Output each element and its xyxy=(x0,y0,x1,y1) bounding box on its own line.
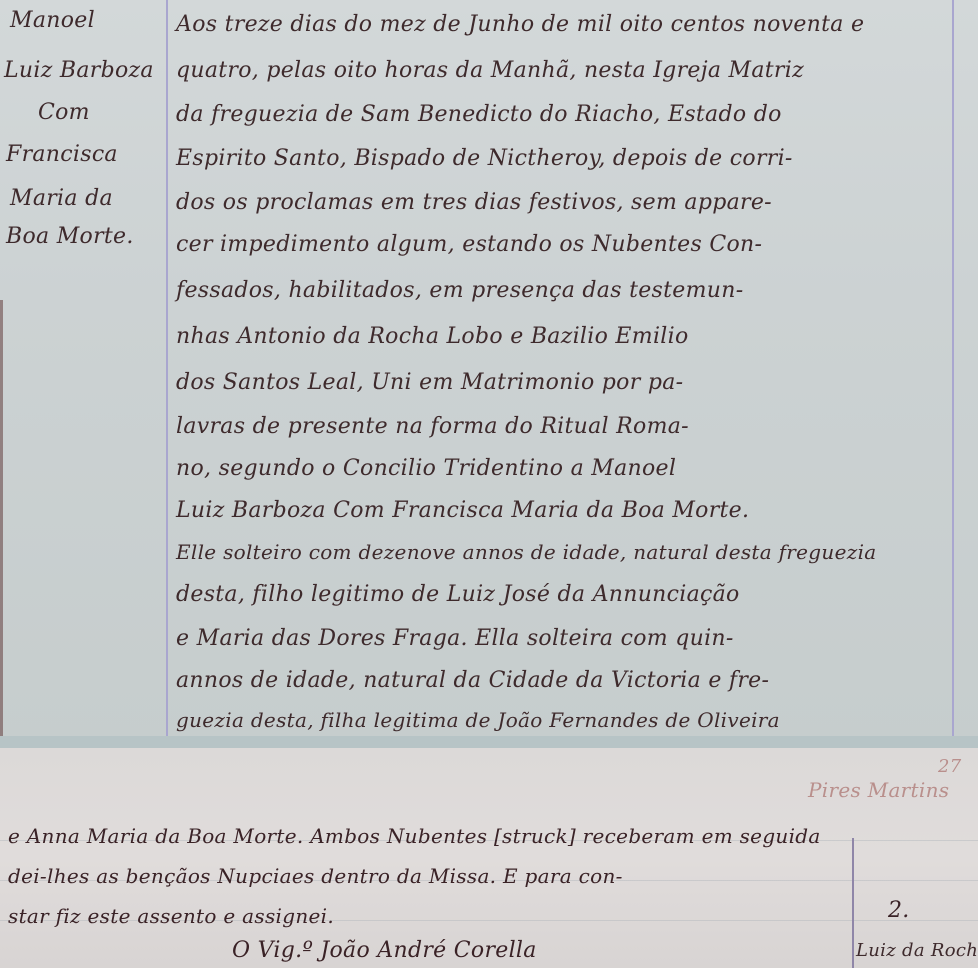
right-margin-name: Luiz da Rocha xyxy=(856,940,978,961)
register-page-bottom: 27 Pires Martins e Anna Maria da Boa Mor… xyxy=(0,748,978,968)
signature: O Vig.º João André Corella xyxy=(232,938,537,963)
body-line: no, segundo o Concilio Tridentino a Mano… xyxy=(176,456,676,481)
margin-line: Maria da xyxy=(10,186,113,211)
body-line: annos de idade, natural da Cidade da Vic… xyxy=(176,668,769,693)
margin-line: Boa Morte. xyxy=(6,224,134,249)
page-annotation-number: 27 xyxy=(938,756,962,777)
body-line: cer impedimento algum, estando os Nubent… xyxy=(176,232,762,257)
body-line: nhas Antonio da Rocha Lobo e Bazilio Emi… xyxy=(176,324,689,349)
register-page-top: Manoel Luiz Barboza Com Francisca Maria … xyxy=(0,0,978,748)
body-line: da freguezia de Sam Benedicto do Riacho,… xyxy=(176,102,782,127)
margin-rule-left xyxy=(166,0,168,748)
body-line: Aos treze dias do mez de Junho de mil oi… xyxy=(176,12,864,37)
body-line: lavras de presente na forma do Ritual Ro… xyxy=(176,414,689,439)
continuation-line: e Anna Maria da Boa Morte. Ambos Nubente… xyxy=(8,824,821,848)
body-line: guezia desta, filha legitima de João Fer… xyxy=(176,708,780,732)
body-line: quatro, pelas oito horas da Manhã, nesta… xyxy=(176,58,804,83)
body-line: fessados, habilitados, em presença das t… xyxy=(176,278,743,303)
body-line: dos os proclamas em tres dias festivos, … xyxy=(176,190,772,215)
body-line: Luiz Barboza Com Francisca Maria da Boa … xyxy=(176,498,749,523)
margin-line: Manoel xyxy=(10,8,95,33)
continuation-line: dei-lhes as bençãos Nupciaes dentro da M… xyxy=(8,864,623,888)
margin-line: Com xyxy=(38,100,90,125)
margin-rule-right xyxy=(952,0,954,748)
page-edge xyxy=(0,300,3,740)
margin-rule-bottom xyxy=(852,838,854,968)
photo-seam xyxy=(0,736,978,748)
pencil-note: Pires Martins xyxy=(808,778,949,802)
margin-line: Francisca xyxy=(6,142,118,167)
body-line: e Maria das Dores Fraga. Ella solteira c… xyxy=(176,626,734,651)
body-line: desta, filho legitimo de Luiz José da An… xyxy=(176,582,740,607)
body-line: Elle solteiro com dezenove annos de idad… xyxy=(176,540,876,564)
body-line: Espirito Santo, Bispado de Nictheroy, de… xyxy=(176,146,793,171)
continuation-line: star fiz este assento e assignei. xyxy=(8,904,334,928)
right-margin-number: 2. xyxy=(888,898,910,923)
body-line: dos Santos Leal, Uni em Matrimonio por p… xyxy=(176,370,683,395)
margin-line: Luiz Barboza xyxy=(4,58,154,83)
